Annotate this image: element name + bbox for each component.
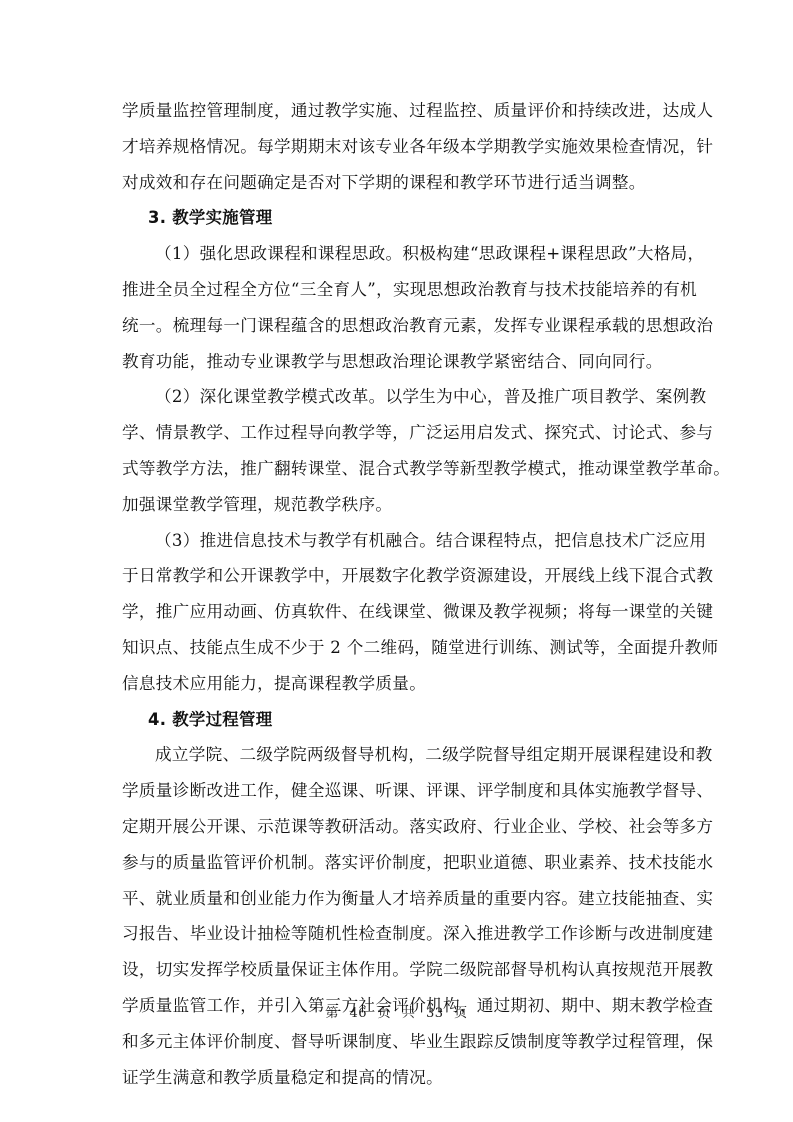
paragraph-1-ideological: （1）强化思政课程和课程思政。积极构建“思政课程+课程思政”大格局， 推进全员全… xyxy=(122,236,674,379)
text-line: 平、就业质量和创业能力作为衡量人才培养质量的重要内容。建立技能抽查、实 xyxy=(122,881,674,917)
text-line: 信息技术应用能力，提高课程教学质量。 xyxy=(122,666,674,702)
text-line: 和多元主体评价制度、督导听课制度、毕业生跟踪反馈制度等教学过程管理，保 xyxy=(122,1024,674,1060)
paragraph-continuation: 学质量监控管理制度，通过教学实施、过程监控、质量评价和持续改进，达成人 才培养规… xyxy=(122,93,674,200)
page-number-footer: 第 46 页 共 33 页 xyxy=(0,1002,793,1021)
text-line: 定期开展公开课、示范课等教研活动。落实政府、行业企业、学校、社会等多方 xyxy=(122,809,674,845)
text-line: 学，推广应用动画、仿真软件、在线课堂、微课及教学视频；将每一课堂的关键 xyxy=(122,594,674,630)
section-heading-3: 3. 教学实施管理 xyxy=(122,200,674,236)
text-line: 统一。梳理每一门课程蕴含的思想政治教育元素，发挥专业课程承载的思想政治 xyxy=(122,308,674,344)
text-line: 学质量监控管理制度，通过教学实施、过程监控、质量评价和持续改进，达成人 xyxy=(122,93,674,129)
text-line: 成立学院、二级学院两级督导机构，二级学院督导组定期开展课程建设和教 xyxy=(122,737,674,773)
text-line: 设，切实发挥学校质量保证主体作用。学院二级院部督导机构认真按规范开展教 xyxy=(122,952,674,988)
text-line: 知识点、技能点生成不少于 2 个二维码，随堂进行训练、测试等，全面提升教师 xyxy=(122,630,674,666)
text-line: 教育功能，推动专业课教学与思想政治理论课教学紧密结合、同向同行。 xyxy=(122,344,674,380)
text-line: 参与的质量监管评价机制。落实评价制度，把职业道德、职业素养、技术技能水 xyxy=(122,845,674,881)
text-line: 于日常教学和公开课教学中，开展数字化教学资源建设，开展线上线下混合式教 xyxy=(122,558,674,594)
text-line: 加强课堂教学管理，规范教学秩序。 xyxy=(122,487,674,523)
text-line: 对成效和存在问题确定是否对下学期的课程和教学环节进行适当调整。 xyxy=(122,165,674,201)
text-line: 学、情景教学、工作过程导向教学等，广泛运用启发式、探究式、讨论式、参与 xyxy=(122,415,674,451)
text-line: 才培养规格情况。每学期期末对该专业各年级本学期教学实施效果检查情况，针 xyxy=(122,129,674,165)
text-line: 学质量诊断改进工作，健全巡课、听课、评课、评学制度和具体实施教学督导、 xyxy=(122,773,674,809)
text-line: （2）深化课堂教学模式改革。以学生为中心，普及推广项目教学、案例教 xyxy=(122,379,674,415)
text-line: （1）强化思政课程和课程思政。积极构建“思政课程+课程思政”大格局， xyxy=(122,236,674,272)
paragraph-3-it-integration: （3）推进信息技术与教学有机融合。结合课程特点，把信息技术广泛应用 于日常教学和… xyxy=(122,523,674,702)
text-line: 式等教学方法，推广翻转课堂、混合式教学等新型教学模式，推动课堂教学革命。 xyxy=(122,451,674,487)
text-line: 习报告、毕业设计抽检等随机性检查制度。深入推进教学工作诊断与改进制度建 xyxy=(122,916,674,952)
text-line: 推进全员全过程全方位“三全育人”，实现思想政治教育与技术技能培养的有机 xyxy=(122,272,674,308)
text-line: （3）推进信息技术与教学有机融合。结合课程特点，把信息技术广泛应用 xyxy=(122,523,674,559)
document-page: 学质量监控管理制度，通过教学实施、过程监控、质量评价和持续改进，达成人 才培养规… xyxy=(122,93,674,1095)
text-line: 证学生满意和教学质量稳定和提高的情况。 xyxy=(122,1060,674,1096)
paragraph-process-management: 成立学院、二级学院两级督导机构，二级学院督导组定期开展课程建设和教 学质量诊断改… xyxy=(122,737,674,1095)
section-heading-4: 4. 教学过程管理 xyxy=(122,702,674,738)
paragraph-2-classroom-reform: （2）深化课堂教学模式改革。以学生为中心，普及推广项目教学、案例教 学、情景教学… xyxy=(122,379,674,522)
